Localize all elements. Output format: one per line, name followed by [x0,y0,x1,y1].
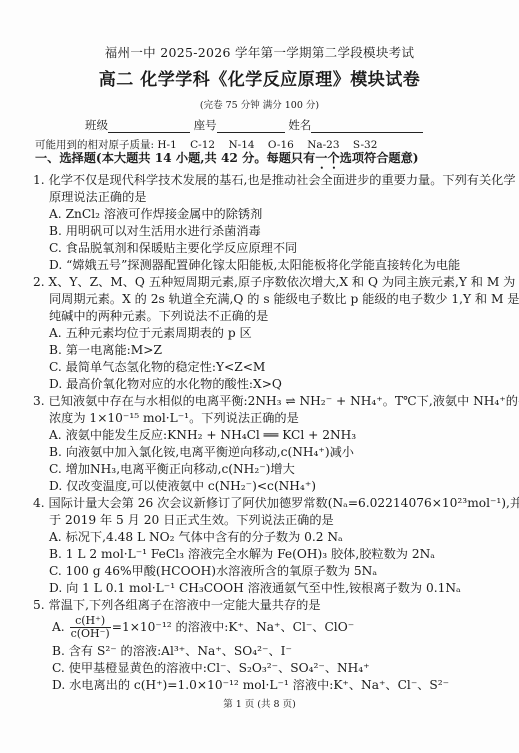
page-number-footer: 第 1 页 (共 8 页) [0,697,519,713]
exam-page: 福州一中 2025-2026 学年第一学期第二学段模块考试 高二 化学学科《化学… [0,0,519,753]
option-text: 含有 S²⁻ 的溶液:Al³⁺、Na⁺、SO₄²⁻、I⁻ [69,644,292,658]
question-1-stem-cont: 原理说法正确的是 [49,189,147,205]
question-5-option-b: B. 含有 S²⁻ 的溶液:Al³⁺、Na⁺、SO₄²⁻、I⁻ [52,643,292,659]
question-2-option-a: A. 五种元素均位于元素周期表的 p 区 [49,325,252,341]
option-text: 1 L 2 mol·L⁻¹ FeCl₃ 溶液完全水解为 Fe(OH)₃ 胶体,胶… [66,547,435,561]
question-3-option-b: B. 向液氨中加入氯化铵,电离平衡逆向移动,c(NH₄⁺)减小 [49,444,354,460]
option-label: B. [49,547,62,561]
school-line: 福州一中 2025-2026 学年第一学期第二学段模块考试 [0,45,519,61]
option-text: 增加NH₃,电离平衡正向移动,c(NH₂⁻)增大 [66,462,295,476]
option-text: 五种元素均位于元素周期表的 p 区 [66,326,252,340]
option-text: 使甲基橙显黄色的溶液中:Cl⁻、S₂O₃²⁻、SO₄²⁻、NH₄⁺ [69,661,370,675]
question-1-stem: 1. 化学不仅是现代科学技术发展的基石,也是推动社会全面进步的重要力量。下列有关… [33,172,516,188]
option-text: 标况下,4.48 L NO₂ 气体中含有的分子数为 0.2 Nₐ [66,530,343,544]
seat-blank [217,120,285,133]
option-text: ZnCl₂ 溶液可作焊接金属中的除锈剂 [66,207,263,221]
option-text: “嫦娥五号”探测器配置砷化镓太阳能板,太阳能板将化学能直接转化为电能 [66,258,460,272]
question-number: 4. [33,496,45,510]
option-label: B. [49,445,62,459]
question-2-option-b: B. 第一电离能:M>Z [49,342,162,358]
option-label: A. [49,326,62,340]
question-3-option-d: D. 仅改变温度,可以使液氨中 c(NH₂⁻)<c(NH₄⁺) [49,478,316,494]
question-text: 常温下,下列各组离子在溶液中一定能大量共存的是 [49,598,321,612]
question-2-stem-cont2: 纯碱中的两种元素。下列说法不正确的是 [49,308,268,324]
concentration-ratio-fraction: c(H⁺) c(OH⁻) [70,615,111,640]
question-1-option-c: C. 食品脱氧剂和保暖贴主要化学反应原理不同 [49,240,297,256]
question-2-option-d: D. 最高价氧化物对应的水化物的酸性:X>Q [49,376,282,392]
option-label: D. [49,581,62,595]
option-label: C. [49,462,62,476]
exam-title: 高二 化学学科《化学反应原理》模块试卷 [0,69,519,91]
question-4-stem: 4. 国际计量大会第 26 次会议新修订了阿伏加德罗常数(Nₐ=6.022140… [33,495,519,511]
option-label: A. [49,428,62,442]
question-number: 5. [33,598,45,612]
name-blank [311,120,423,133]
question-text: 化学不仅是现代科学技术发展的基石,也是推动社会全面进步的重要力量。下列有关化学 [49,173,516,187]
question-1-option-a: A. ZnCl₂ 溶液可作焊接金属中的除锈剂 [49,206,262,222]
question-5-stem: 5. 常温下,下列各组离子在溶液中一定能大量共存的是 [33,597,321,613]
option-text: 向液氨中加入氯化铵,电离平衡逆向移动,c(NH₄⁺)减小 [66,445,354,459]
option-label: A. [49,207,62,221]
option-text: 液氨中能发生反应:KNH₂ + NH₄Cl ══ KCl + 2NH₃ [66,428,357,442]
option-text: 最高价氧化物对应的水化物的酸性:X>Q [66,377,282,391]
section-heading: 一、选择题(本大题共 14 小题,共 42 分。每题只有一个选项符合题意) [35,150,419,172]
question-number: 2. [33,275,45,289]
question-5-option-c: C. 使甲基橙显黄色的溶液中:Cl⁻、S₂O₃²⁻、SO₄²⁻、NH₄⁺ [52,660,370,676]
question-number: 1. [33,173,45,187]
option-label: A. [52,620,65,634]
option-text: =1×10⁻¹² 的溶液中:K⁺、Na⁺、Cl⁻、ClO⁻ [112,620,354,634]
seat-label: 座号 [194,118,217,132]
option-label: A. [49,530,62,544]
exam-subtitle: (完卷 75 分钟 满分 100 分) [0,98,519,114]
section-heading-emphasis: 一个 [315,151,339,165]
option-label: C. [52,661,65,675]
name-label: 姓名 [288,118,311,132]
question-3-option-a: A. 液氨中能发生反应:KNH₂ + NH₄Cl ══ KCl + 2NH₃ [49,427,356,443]
section-heading-part1: 一、选择题(本大题共 14 小题,共 42 分。每题只有 [35,151,315,165]
option-label: C. [49,241,62,255]
option-label: C. [49,360,62,374]
class-blank [108,120,190,133]
option-text: 向 1 L 0.1 mol·L⁻¹ CH₃COOH 溶液通氨气至中性,铵根离子数… [66,581,461,595]
question-4-option-a: A. 标况下,4.48 L NO₂ 气体中含有的分子数为 0.2 Nₐ [49,529,343,545]
option-text: 100 g 46%甲酸(HCOOH)水溶液所含的氧原子数为 5Nₐ [66,564,377,578]
option-label: C. [49,564,62,578]
option-label: D. [49,479,62,493]
question-2-stem: 2. X、Y、Z、M、Q 五种短周期元素,原子序数依次增大,X 和 Q 为同主族… [33,274,515,290]
question-1-option-d: D. “嫦娥五号”探测器配置砷化镓太阳能板,太阳能板将化学能直接转化为电能 [49,257,460,273]
option-label: D. [49,258,62,272]
question-text: X、Y、Z、M、Q 五种短周期元素,原子序数依次增大,X 和 Q 为同主族元素,… [49,275,516,289]
option-text: 最简单气态氢化物的稳定性:Y<Z<M [66,360,266,374]
option-text: 仅改变温度,可以使液氨中 c(NH₂⁻)<c(NH₄⁺) [66,479,316,493]
option-label: B. [49,343,62,357]
option-label: B. [49,224,62,238]
question-3-stem-cont: 浓度为 1×10⁻¹⁵ mol·L⁻¹。下列说法正确的是 [49,410,299,426]
student-info-fields: 班级 座号 姓名 [85,117,423,133]
class-label: 班级 [85,118,108,132]
question-5-option-d: D. 水电离出的 c(H⁺)=1.0×10⁻¹² mol·L⁻¹ 溶液中:K⁺、… [52,677,449,693]
question-number: 3. [33,394,45,408]
question-2-option-c: C. 最简单气态氢化物的稳定性:Y<Z<M [49,359,265,375]
option-label: D. [49,377,62,391]
question-text: 国际计量大会第 26 次会议新修订了阿伏加德罗常数(Nₐ=6.02214076×… [49,496,519,510]
question-text: 已知液氨中存在与水相似的电离平衡:2NH₃ ⇌ NH₂⁻ + NH₄⁺。T℃下,… [49,394,519,408]
question-5-option-a: A. c(H⁺) c(OH⁻) =1×10⁻¹² 的溶液中:K⁺、Na⁺、Cl⁻… [52,614,354,640]
question-4-option-b: B. 1 L 2 mol·L⁻¹ FeCl₃ 溶液完全水解为 Fe(OH)₃ 胶… [49,546,435,562]
question-4-option-d: D. 向 1 L 0.1 mol·L⁻¹ CH₃COOH 溶液通氨气至中性,铵根… [49,580,461,596]
question-3-option-c: C. 增加NH₃,电离平衡正向移动,c(NH₂⁻)增大 [49,461,295,477]
option-text: 水电离出的 c(H⁺)=1.0×10⁻¹² mol·L⁻¹ 溶液中:K⁺、Na⁺… [69,678,449,692]
fraction-denominator: c(OH⁻) [70,628,111,640]
question-3-stem: 3. 已知液氨中存在与水相似的电离平衡:2NH₃ ⇌ NH₂⁻ + NH₄⁺。T… [33,393,519,409]
question-2-stem-cont: 同周期元素。X 的 2s 轨道全充满,Q 的 s 能级电子数比 p 能级的电子数… [49,291,519,307]
section-heading-part2: 选项符合题意) [340,151,419,165]
question-4-stem-cont: 于 2019 年 5 月 20 日正式生效。下列说法正确的是 [49,512,334,528]
option-text: 食品脱氧剂和保暖贴主要化学反应原理不同 [66,241,298,255]
option-text: 用明矾可以对生活用水进行杀菌消毒 [66,224,261,238]
question-4-option-c: C. 100 g 46%甲酸(HCOOH)水溶液所含的氧原子数为 5Nₐ [49,563,377,579]
option-label: B. [52,644,65,658]
option-label: D. [52,678,65,692]
option-text: 第一电离能:M>Z [66,343,162,357]
question-1-option-b: B. 用明矾可以对生活用水进行杀菌消毒 [49,223,261,239]
